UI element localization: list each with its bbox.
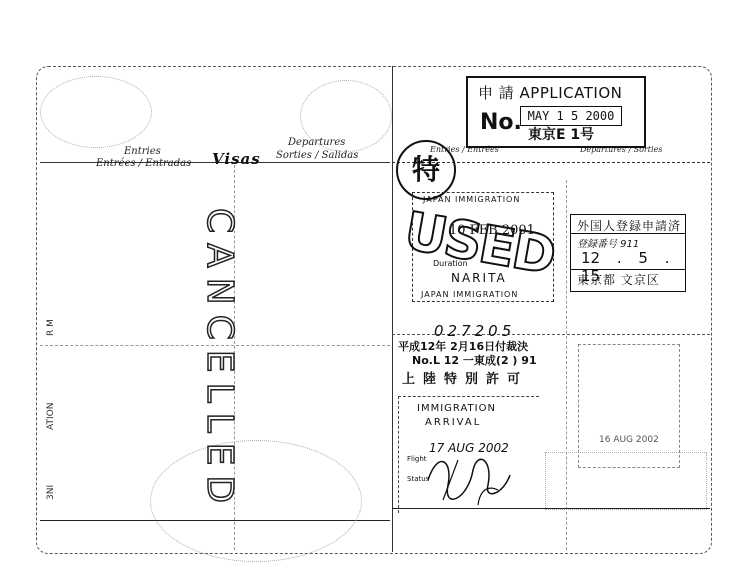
side-label-3ni: 3NI bbox=[46, 485, 56, 500]
alien-registration-stamp: 外国人登録申請済 登録番号 911 12 . 5 . 15 東京都 文京区 bbox=[570, 214, 686, 292]
application-stamp: 申 請 APPLICATION MAY 1 5 2000 No. 東京E 1号 bbox=[466, 76, 646, 148]
header-entries-fr-es: Entrées / Entradas bbox=[96, 158, 191, 169]
immigration-stamp-bottom-text: JAPAN IMMIGRATION bbox=[421, 290, 518, 299]
officer-signature bbox=[418, 440, 518, 510]
permit-title: 上陸特別許可 bbox=[402, 368, 528, 387]
immigration-stamp-top-text: JAPAN IMMIGRATION bbox=[423, 195, 520, 204]
faint-seal-top-left bbox=[40, 76, 152, 148]
faint-right-stamp: 16 AUG 2002 bbox=[578, 344, 680, 468]
cancelled-stamp: CANCELLED bbox=[199, 208, 240, 513]
application-stamp-date: MAY 1 5 2000 bbox=[520, 106, 622, 126]
application-stamp-title: 申 請 APPLICATION bbox=[478, 82, 622, 103]
arrival-stamp-line2: ARRIVAL bbox=[425, 417, 481, 428]
registration-stamp-number: 登録番号 911 bbox=[577, 235, 639, 250]
faint-seal-bottom-left bbox=[150, 440, 362, 562]
header-visas: Visas bbox=[212, 150, 261, 168]
side-label-rm: R M bbox=[46, 319, 56, 336]
header-departures-en: Departures bbox=[288, 137, 345, 148]
header-departures-fr-es: Sorties / Salidas bbox=[276, 150, 358, 161]
side-label-ation: ATION bbox=[46, 403, 56, 430]
special-circle-stamp: 特 bbox=[396, 140, 456, 200]
application-stamp-number-prefix: No. bbox=[480, 110, 522, 135]
registration-stamp-office: 東京都 文京区 bbox=[577, 271, 660, 288]
application-stamp-number: 東京E 1号 bbox=[528, 124, 594, 144]
permit-reference: No.L 12 一東成(2 ) 91 bbox=[412, 352, 537, 368]
registration-stamp-title: 外国人登録申請済 bbox=[577, 217, 681, 234]
header-entries-en: Entries bbox=[124, 146, 161, 157]
page-fold-line bbox=[392, 66, 393, 552]
faint-right-stamp-date: 16 AUG 2002 bbox=[599, 435, 659, 445]
arrival-stamp-line1: IMMIGRATION bbox=[417, 403, 496, 414]
